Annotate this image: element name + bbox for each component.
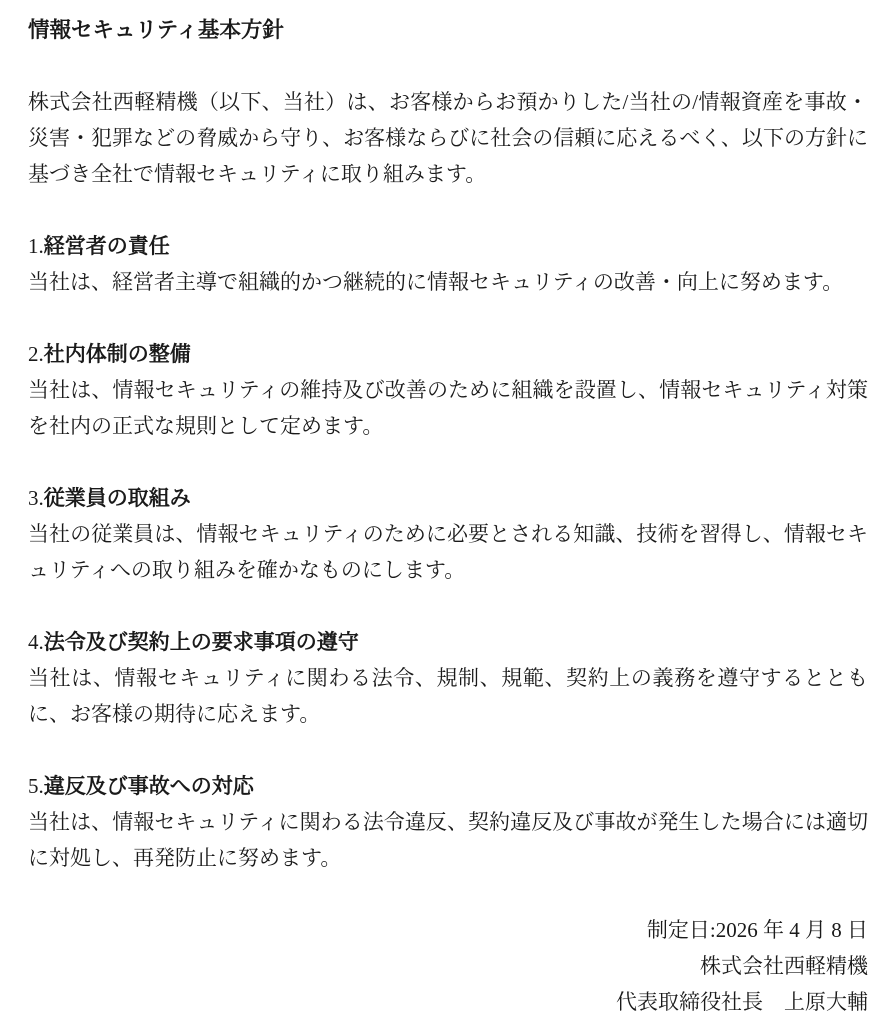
company-name-line: 株式会社西軽精機	[28, 948, 868, 984]
policy-section-1: 1.経営者の責任 当社は、経営者主導で組織的かつ継続的に情報セキュリティの改善・…	[28, 228, 868, 300]
section-number: 5.	[28, 774, 44, 798]
section-heading: 5.違反及び事故への対応	[28, 768, 868, 804]
section-number: 4.	[28, 630, 44, 654]
policy-section-3: 3.従業員の取組み 当社の従業員は、情報セキュリティのために必要とされる知識、技…	[28, 480, 868, 588]
section-title: 従業員の取組み	[44, 486, 191, 510]
section-heading: 2.社内体制の整備	[28, 336, 868, 372]
section-body: 当社は、情報セキュリティの維持及び改善のために組織を設置し、情報セキュリティ対策…	[28, 372, 868, 444]
enactment-date-line: 制定日:2026 年 4 月 8 日	[28, 912, 868, 948]
section-heading: 1.経営者の責任	[28, 228, 868, 264]
document-title: 情報セキュリティ基本方針	[28, 12, 868, 48]
section-title: 法令及び契約上の要求事項の遵守	[44, 630, 359, 654]
policy-section-2: 2.社内体制の整備 当社は、情報セキュリティの維持及び改善のために組織を設置し、…	[28, 336, 868, 444]
policy-section-4: 4.法令及び契約上の要求事項の遵守 当社は、情報セキュリティに関わる法令、規制、…	[28, 624, 868, 732]
section-body: 当社は、情報セキュリティに関わる法令、規制、規範、契約上の義務を遵守するとともに…	[28, 660, 868, 732]
section-number: 1.	[28, 234, 44, 258]
intro-paragraph: 株式会社西軽精機（以下、当社）は、お客様からお預かりした/当社の/情報資産を事故…	[28, 84, 868, 192]
section-title: 違反及び事故への対応	[44, 774, 254, 798]
section-body: 当社は、情報セキュリティに関わる法令違反、契約違反及び事故が発生した場合には適切…	[28, 804, 868, 876]
policy-document: 情報セキュリティ基本方針 株式会社西軽精機（以下、当社）は、お客様からお預かりし…	[0, 0, 896, 1024]
section-title: 社内体制の整備	[44, 342, 191, 366]
section-number: 3.	[28, 486, 44, 510]
document-footer: 制定日:2026 年 4 月 8 日 株式会社西軽精機 代表取締役社長 上原大輔	[28, 912, 868, 1020]
document-page: { "page": { "title": "情報セキュリティ基本方針", "in…	[0, 0, 896, 1024]
section-heading: 3.従業員の取組み	[28, 480, 868, 516]
section-title: 経営者の責任	[44, 234, 170, 258]
signature-line: 代表取締役社長 上原大輔	[28, 984, 868, 1020]
section-body: 当社の従業員は、情報セキュリティのために必要とされる知識、技術を習得し、情報セキ…	[28, 516, 868, 588]
section-body: 当社は、経営者主導で組織的かつ継続的に情報セキュリティの改善・向上に努めます。	[28, 264, 868, 300]
section-heading: 4.法令及び契約上の要求事項の遵守	[28, 624, 868, 660]
policy-section-5: 5.違反及び事故への対応 当社は、情報セキュリティに関わる法令違反、契約違反及び…	[28, 768, 868, 876]
section-number: 2.	[28, 342, 44, 366]
